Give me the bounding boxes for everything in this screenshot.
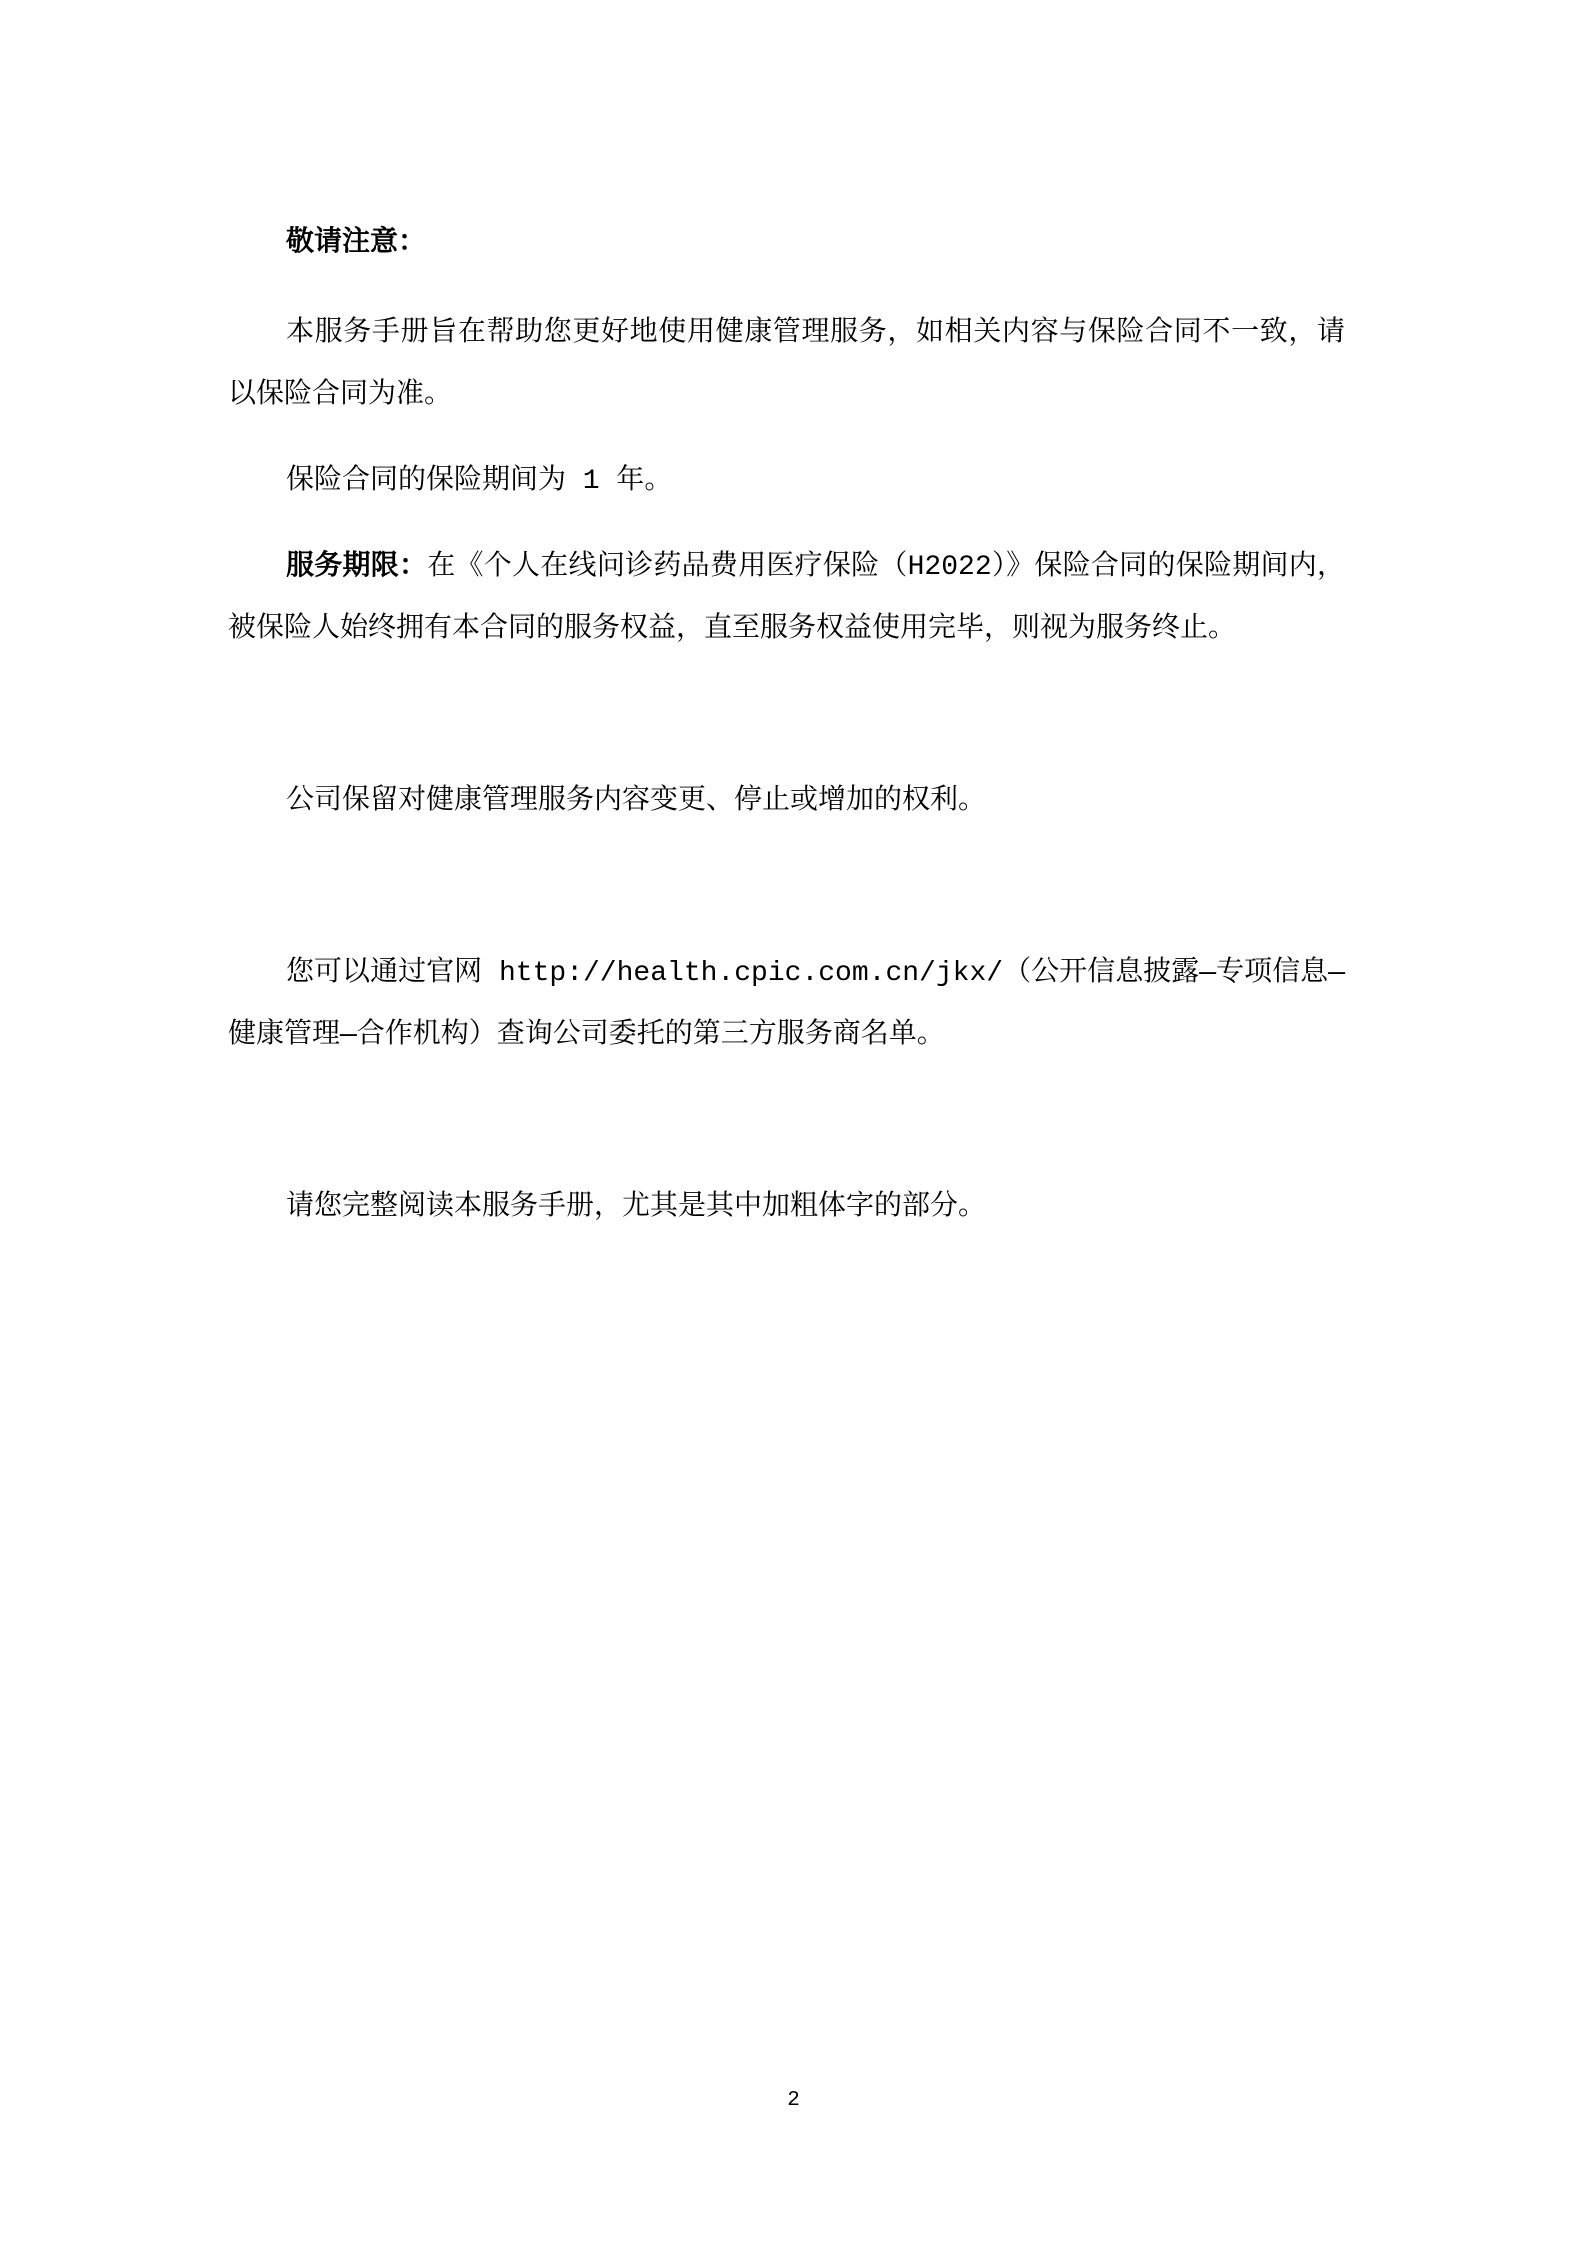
paragraph-insurance-period: 保险合同的保险期间为 1 年。 — [228, 451, 1345, 513]
notice-heading: 敬请注意： — [228, 213, 1345, 275]
paragraph-read-manual: 请您完整阅读本服务手册，尤其是其中加粗体字的部分。 — [228, 1177, 1345, 1239]
blank-line — [228, 1091, 1345, 1153]
paragraph-service-period: 服务期限：在《个人在线问诊药品费用医疗保险（H2022）》保险合同的保险期间内，… — [228, 537, 1345, 661]
notice-heading-text: 敬请注意： — [286, 228, 426, 259]
paragraph-official-website-text: 您可以通过官网 http://health.cpic.com.cn/jkx/（公… — [228, 958, 1345, 1051]
document-page: 敬请注意： 本服务手册旨在帮助您更好地使用健康管理服务，如相关内容与保险合同不一… — [0, 0, 1587, 2245]
paragraph-official-website: 您可以通过官网 http://health.cpic.com.cn/jkx/（公… — [228, 943, 1345, 1067]
paragraph-rights-reserved: 公司保留对健康管理服务内容变更、停止或增加的权利。 — [228, 771, 1345, 833]
page-number: 2 — [0, 2086, 1587, 2116]
paragraph-intro: 本服务手册旨在帮助您更好地使用健康管理服务，如相关内容与保险合同不一致，请以保险… — [228, 303, 1345, 427]
paragraph-read-manual-text: 请您完整阅读本服务手册，尤其是其中加粗体字的部分。 — [286, 1192, 986, 1223]
paragraph-service-period-lead: 服务期限： — [286, 552, 427, 583]
paragraph-intro-text: 本服务手册旨在帮助您更好地使用健康管理服务，如相关内容与保险合同不一致，请以保险… — [228, 318, 1345, 411]
paragraph-rights-reserved-text: 公司保留对健康管理服务内容变更、停止或增加的权利。 — [286, 786, 986, 817]
blank-line — [228, 857, 1345, 919]
paragraph-insurance-period-text: 保险合同的保险期间为 1 年。 — [286, 466, 672, 497]
blank-line — [228, 685, 1345, 747]
